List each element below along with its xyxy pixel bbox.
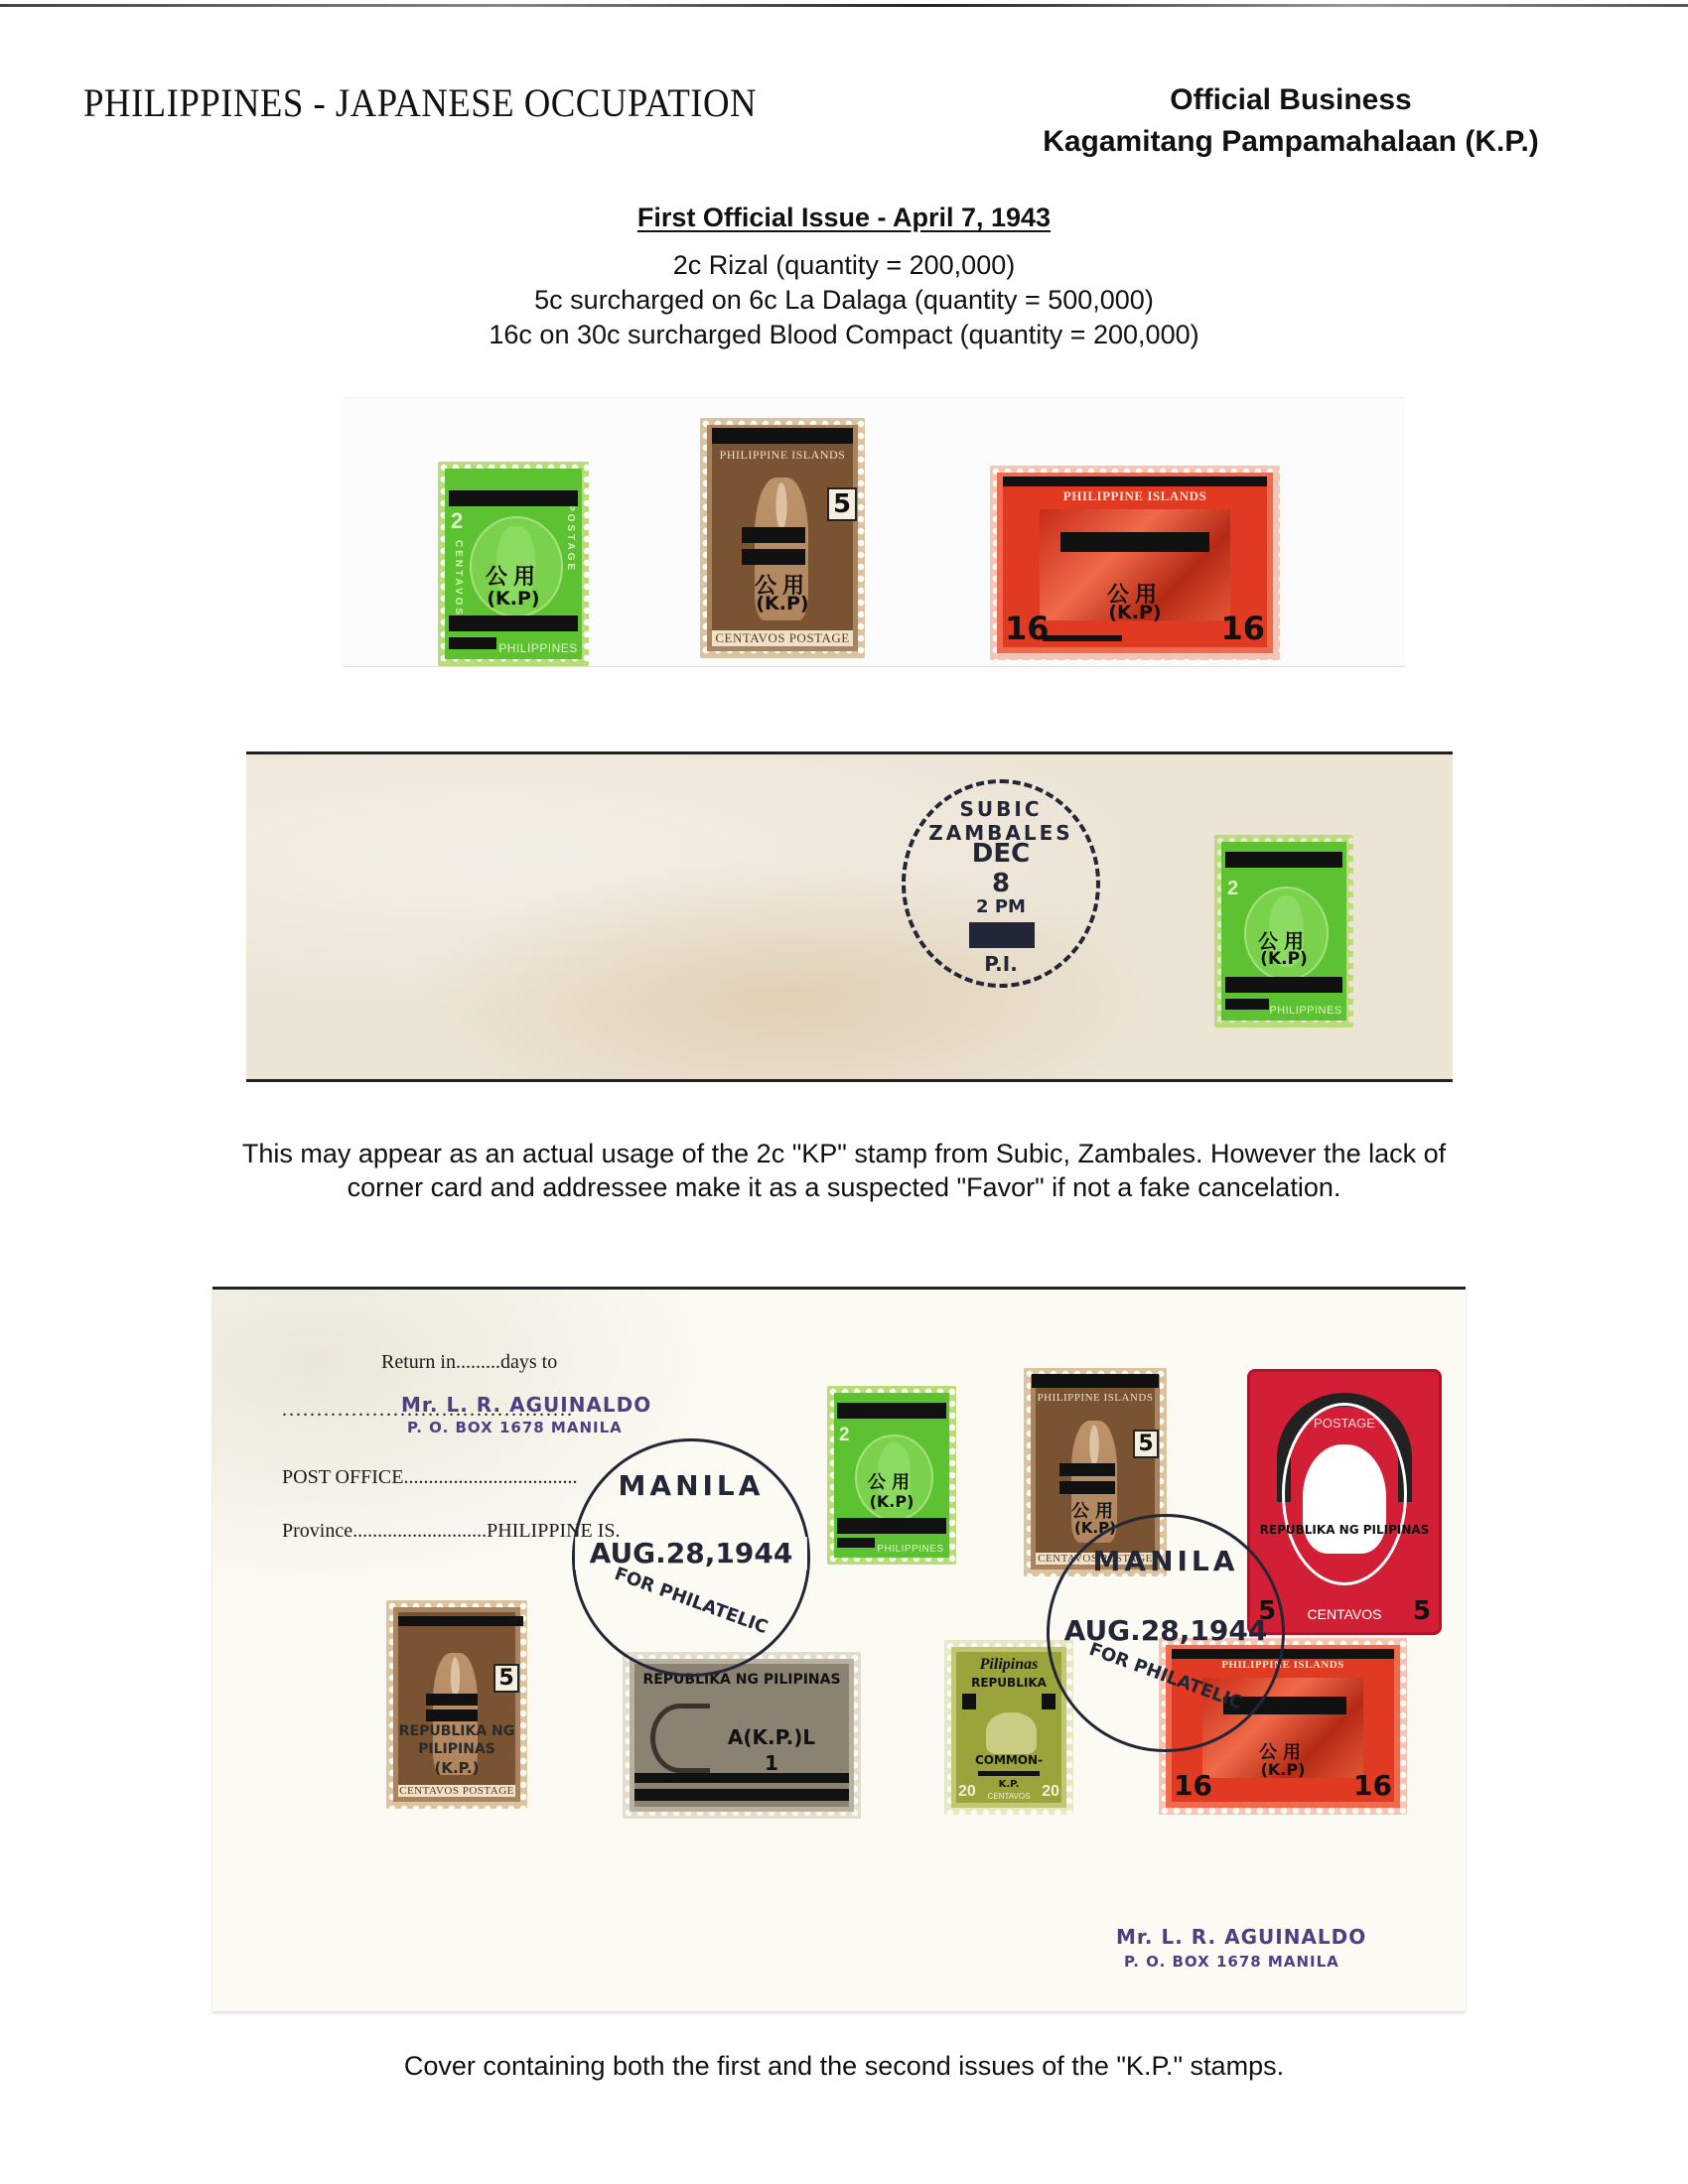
stamp-5c-dalaga-republika: 5 REPUBLIKA NG PILIPINAS (K.P.) CENTAVOS… [393, 1607, 520, 1802]
cover-subic-zambales: SUBIC ZAMBALES DEC 8 2 PM P.I. 2 PHILIPP… [246, 751, 1453, 1082]
issue-item: 16c on 30c surcharged Blood Compact (qua… [0, 318, 1688, 352]
stamp-20c-commonwealth: Pilipinas REPUBLIKA COMMON- K.P. 20 20 C… [951, 1647, 1066, 1808]
corner-card-return: Return in.........days to [381, 1351, 557, 1374]
handstamp-address: P. O. BOX 1678 MANILA [407, 1419, 623, 1436]
issue-list: 2c Rizal (quantity = 200,000) 5c surchar… [0, 248, 1688, 352]
subtitle-kp: Kagamitang Pampamahalaan (K.P.) [1013, 125, 1569, 159]
subtitle-official-business: Official Business [1013, 83, 1569, 117]
stamp-16c-blood-compact: PHILIPPINE ISLANDS 公用 (K.P) 16 16 [997, 473, 1273, 653]
note-subic-cover: This may appear as an actual usage of th… [0, 1137, 1688, 1204]
stamp-2c-rizal: 2 CENTAVOS POSTAGE PHILIPPINES 公用 (K.P) [445, 469, 582, 659]
issue-item: 2c Rizal (quantity = 200,000) [0, 248, 1688, 283]
note-manila-cover: Cover containing both the first and the … [0, 2049, 1688, 2083]
stamp-5c-la-dalaga: PHILIPPINE ISLANDS 5 公用 (K.P) CENTAVOS P… [707, 425, 858, 651]
postmark-subic: SUBIC ZAMBALES DEC 8 2 PM P.I. [902, 779, 1100, 988]
issue-item: 5c surcharged on 6c La Dalaga (quantity … [0, 283, 1688, 318]
stamp-2c-rizal-used: 2 PHILIPPINES 公用 (K.P) [1221, 842, 1346, 1021]
corner-card-province: Province...........................PHILI… [282, 1520, 621, 1543]
cover-manila-1944: Return in.........days to Mr. L. R. AGUI… [212, 1287, 1466, 2011]
corner-card-post-office: POST OFFICE.............................… [282, 1466, 577, 1489]
portrait-silhouette-icon [1303, 1444, 1386, 1554]
handstamp-address-lower: P. O. BOX 1678 MANILA [1124, 1953, 1339, 1971]
page-border-line [0, 4, 1688, 7]
postmark-manila-2: MANILA AUG.28,1944 FOR PHILATELIC [1047, 1514, 1285, 1752]
handstamp-name-lower: Mr. L. R. AGUINALDO [1116, 1925, 1366, 1949]
page-title: PHILIPPINES - JAPANESE OCCUPATION [83, 79, 757, 126]
stamp-1p-airmail: REPUBLIKA NG PILIPINAS A(K.P.)L 1 PESO [630, 1659, 854, 1812]
stamp-2c-rizal-cover2: 2 PHILIPPINES 公用 (K.P) [834, 1393, 949, 1558]
soldier-portrait-icon [986, 1712, 1037, 1755]
issue-heading: First Official Issue - April 7, 1943 [0, 203, 1688, 233]
postmark-manila-1: MANILA AUG.28,1944 FOR PHILATELIC [572, 1438, 810, 1677]
